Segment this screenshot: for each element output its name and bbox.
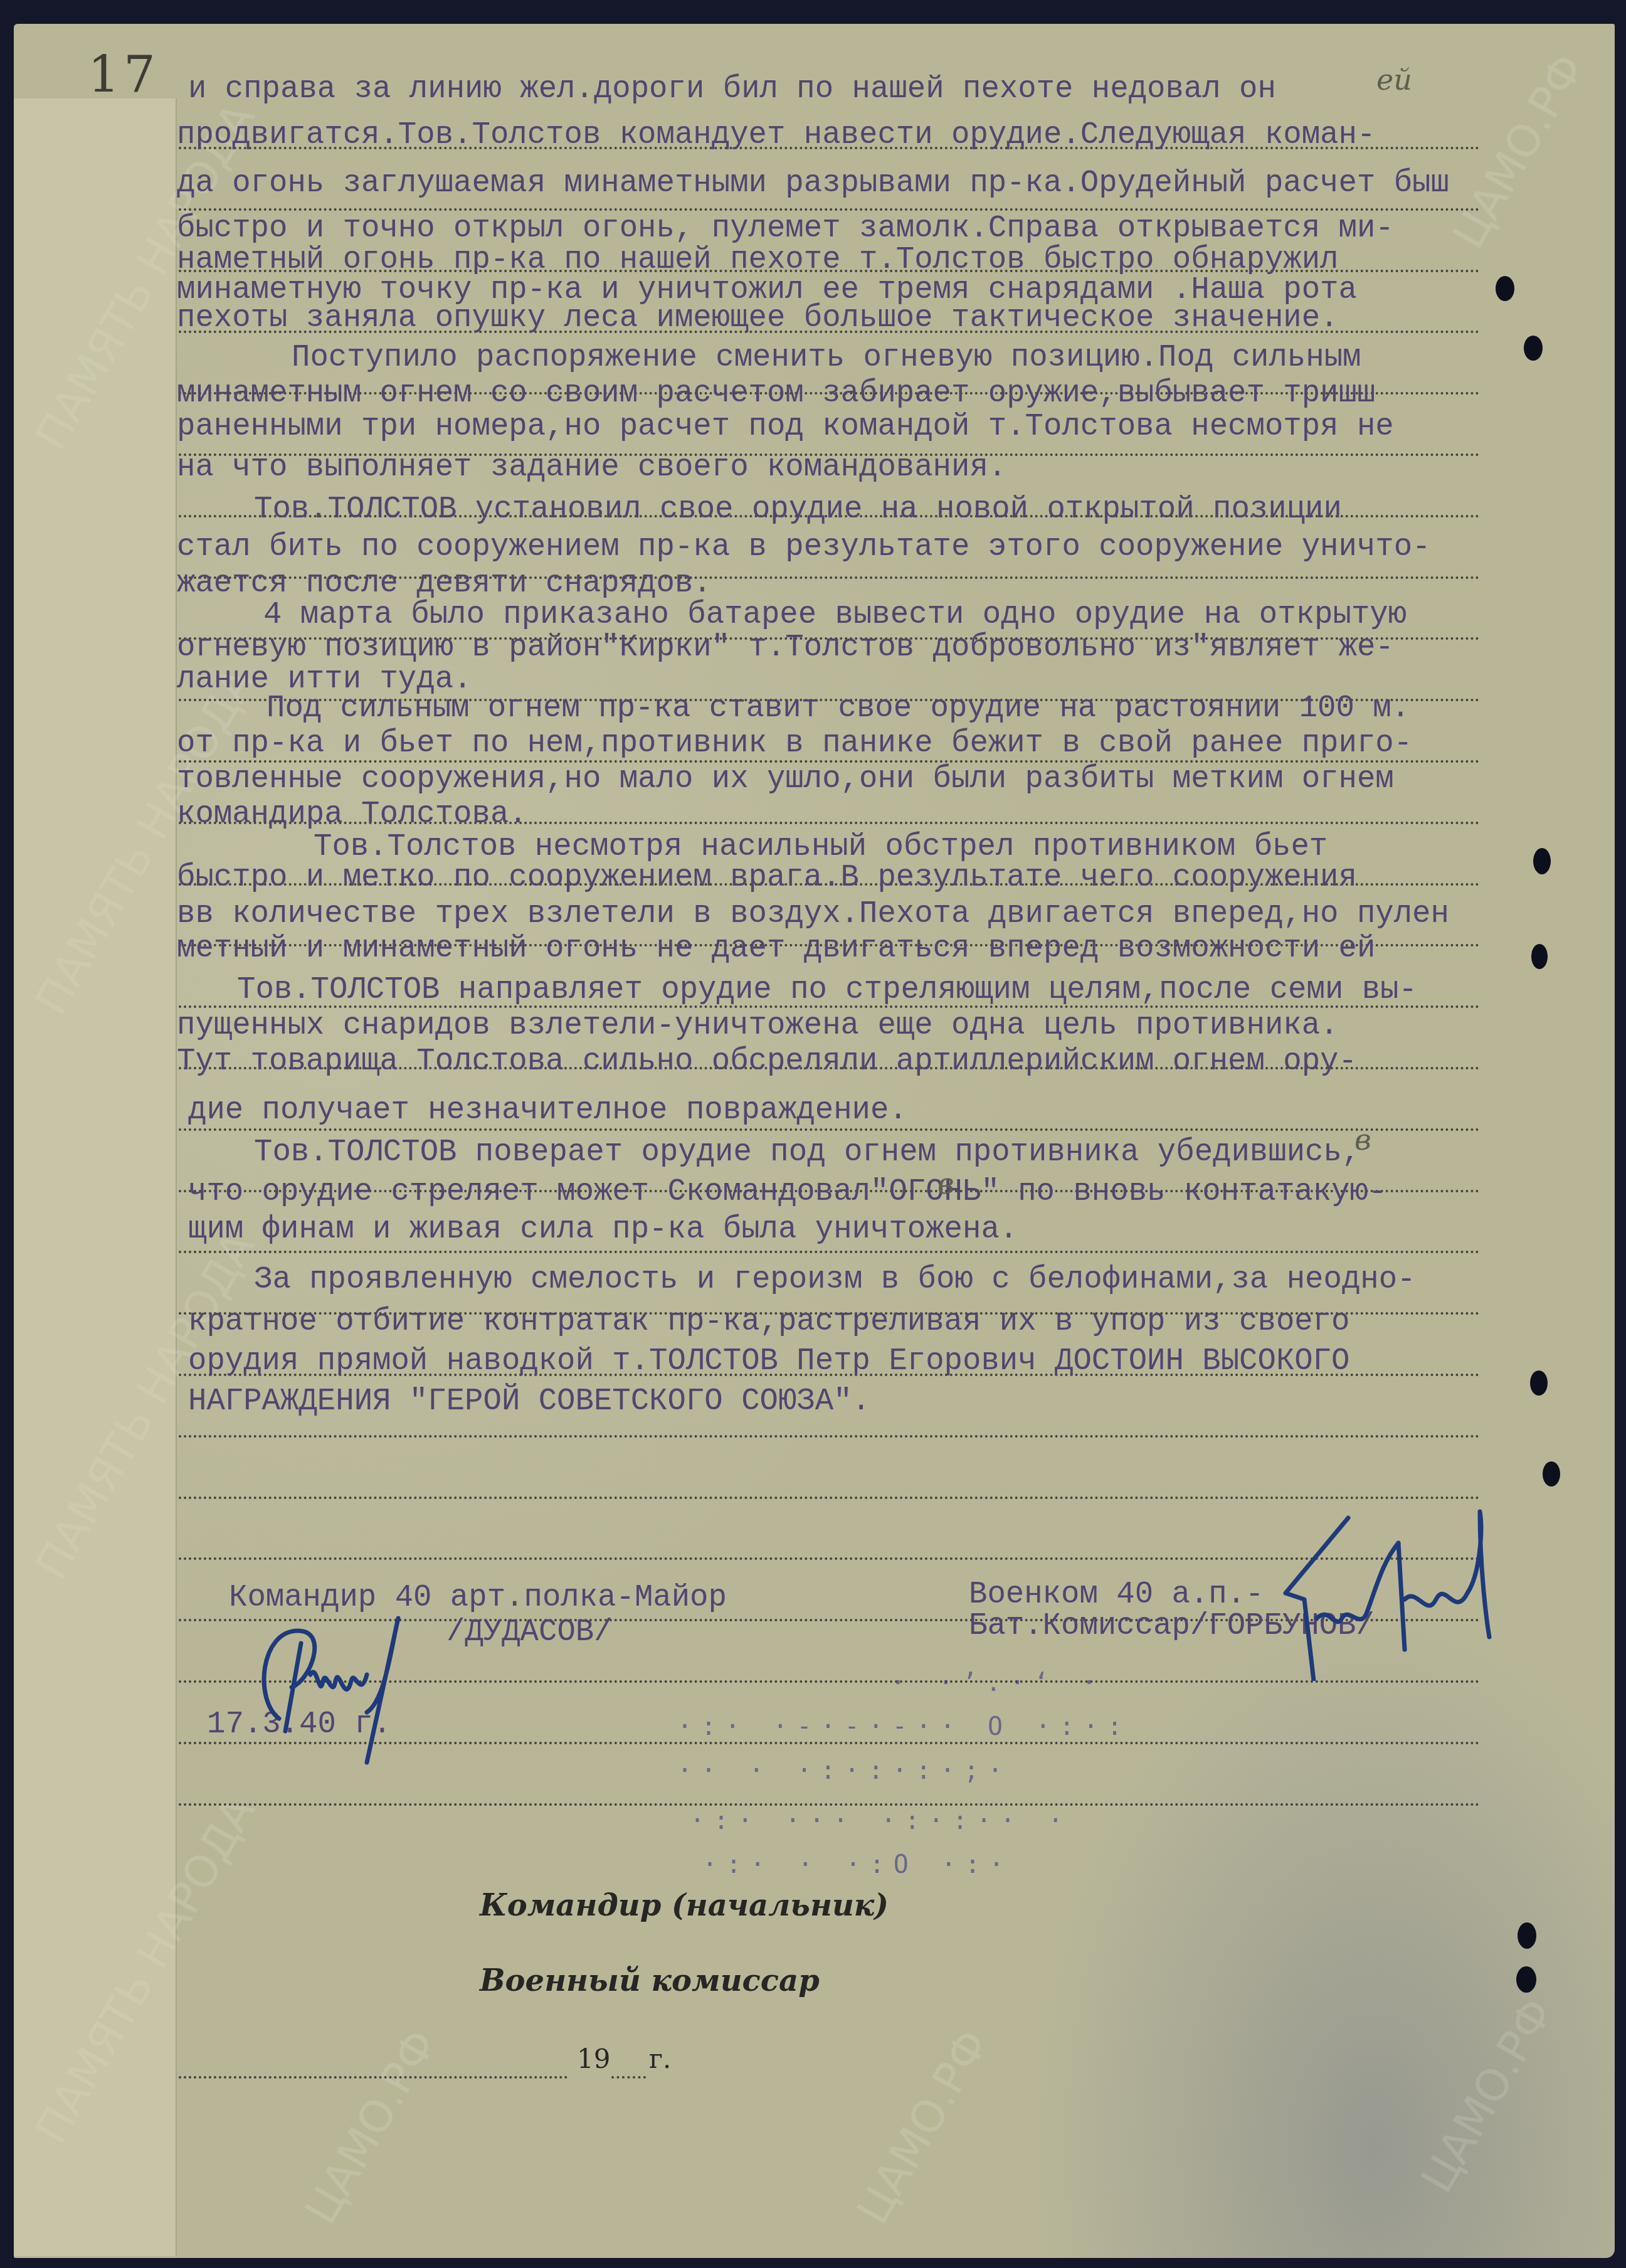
typed-line: щим финам и живая сила пр-ка была уничто… [188, 1212, 1018, 1248]
faded-stamp: ·:· ·-·-·-·· O ·:·: [677, 1712, 1131, 1741]
commander-label: Командир (начальник) [480, 1888, 889, 1923]
typed-line: минаметным огнем со своим расчетом забир… [177, 376, 1375, 411]
typed-line: продвигатся.Тов.Толстов командует навест… [177, 118, 1375, 153]
date-year-label: 19 [577, 2043, 610, 2074]
punch-hole [1524, 336, 1543, 361]
typed-line: да огонь заглушаемая минаметными разрыва… [177, 166, 1449, 201]
typed-line: Поступило распоряжение сменить огневую п… [292, 341, 1361, 376]
typed-line: быстро и точно открыл огонь, пулемет зам… [177, 211, 1394, 246]
typed-line: орудия прямой наводкой т.ТОЛСТОВ Петр Ег… [188, 1344, 1350, 1379]
typed-line: что орудие стреляет может Скомандовал"ОГ… [188, 1175, 1386, 1210]
typed-line: Тут товарища Толстова сильно обсреляли а… [177, 1044, 1357, 1079]
typed-line: пущенных снаридов взлетели-уничтожена ещ… [177, 1009, 1339, 1044]
commander-signature [241, 1606, 442, 1769]
commissar-signature [1273, 1493, 1511, 1681]
typed-line: товленные сооружения,но мало их ушло,они… [177, 762, 1394, 797]
typed-line: на что выполняет задание своего командов… [177, 450, 1006, 485]
typed-line: дие получает незначителное повраждение. [188, 1093, 907, 1128]
typed-line: Тов.ТОЛСТОВ установил свое орудие на нов… [254, 492, 1342, 527]
punch-hole [1533, 848, 1551, 874]
typed-line: вв количестве трех взлетели в воздух.Пех… [177, 897, 1449, 932]
typed-line: от пр-ка и бьет по нем,противник в паник… [177, 726, 1412, 761]
punch-hole [1530, 1370, 1548, 1396]
typed-line: метный и минаметный огонь не дает двигат… [177, 931, 1375, 967]
typed-line: стал бить по сооружением пр-ка в результ… [177, 530, 1431, 565]
ruled-line [179, 1435, 1480, 1438]
typed-line: и справа за линию жел.дороги бил по наше… [188, 72, 1276, 107]
date-rule [179, 2076, 568, 2079]
typed-line: командира Толстова. [177, 797, 527, 832]
punch-hole [1518, 1922, 1536, 1949]
page-number: 17 [88, 45, 159, 103]
typed-line: Тов.ТОЛСТОВ поверает орудие под огнем пр… [254, 1135, 1360, 1170]
commander-name: /ДУДАСОВ/ [446, 1615, 613, 1650]
typed-line: За проявленную смелость и героизм в бою … [254, 1263, 1416, 1298]
ruled-line [179, 1128, 1480, 1131]
typed-line: быстро и метко по сооружением врага.В ре… [177, 861, 1357, 896]
commissar-label: Военный комиссар [480, 1963, 820, 1998]
faded-stamp: ·:· ··· ·:·:·· · [690, 1806, 1072, 1835]
faded-stamp: ·· · ·:·:·:·;· [677, 1756, 1011, 1785]
ruled-line [179, 1803, 1480, 1806]
date-suffix-label: г. [649, 2043, 671, 2074]
faded-stamp: · ·ʼ.·ʻ · [890, 1668, 1106, 1697]
typed-line: 4 марта было приказано батарее вывести о… [263, 598, 1407, 633]
typed-line: Под сильным огнем пр-ка ставит свое оруд… [267, 691, 1410, 726]
punch-hole [1496, 276, 1514, 301]
typed-line: кратное отбитие контратак пр-ка,растрели… [188, 1305, 1350, 1340]
punch-hole [1516, 1966, 1536, 1993]
typed-line: огневую позицию в район"Кирки" т.Толстов… [177, 630, 1394, 665]
punch-hole [1543, 1461, 1560, 1486]
punch-hole [1531, 944, 1548, 969]
typed-line: пехоты заняла опушку леса имеющее большо… [177, 301, 1339, 336]
ruled-line [179, 1251, 1480, 1253]
handwritten-correction: в [937, 1167, 954, 1200]
handwritten-correction: в [1354, 1123, 1371, 1157]
typed-line: Тов.ТОЛСТОВ направляет орудие по стреляю… [237, 973, 1417, 1008]
faded-stamp: ·:· · ·:O ·:· [702, 1850, 1013, 1879]
date-rule-short [611, 2076, 646, 2079]
typed-line: НАГРАЖДЕНИЯ "ГЕРОЙ СОВЕТСКОГО СОЮЗА". [188, 1384, 870, 1419]
typed-line: жается после девяти снарядов. [177, 566, 712, 601]
commissar-title: Военком 40 а.п.- [969, 1577, 1264, 1613]
handwritten-correction: ей [1376, 63, 1412, 97]
typed-line: раненными три номера,но расчет под коман… [177, 410, 1394, 445]
